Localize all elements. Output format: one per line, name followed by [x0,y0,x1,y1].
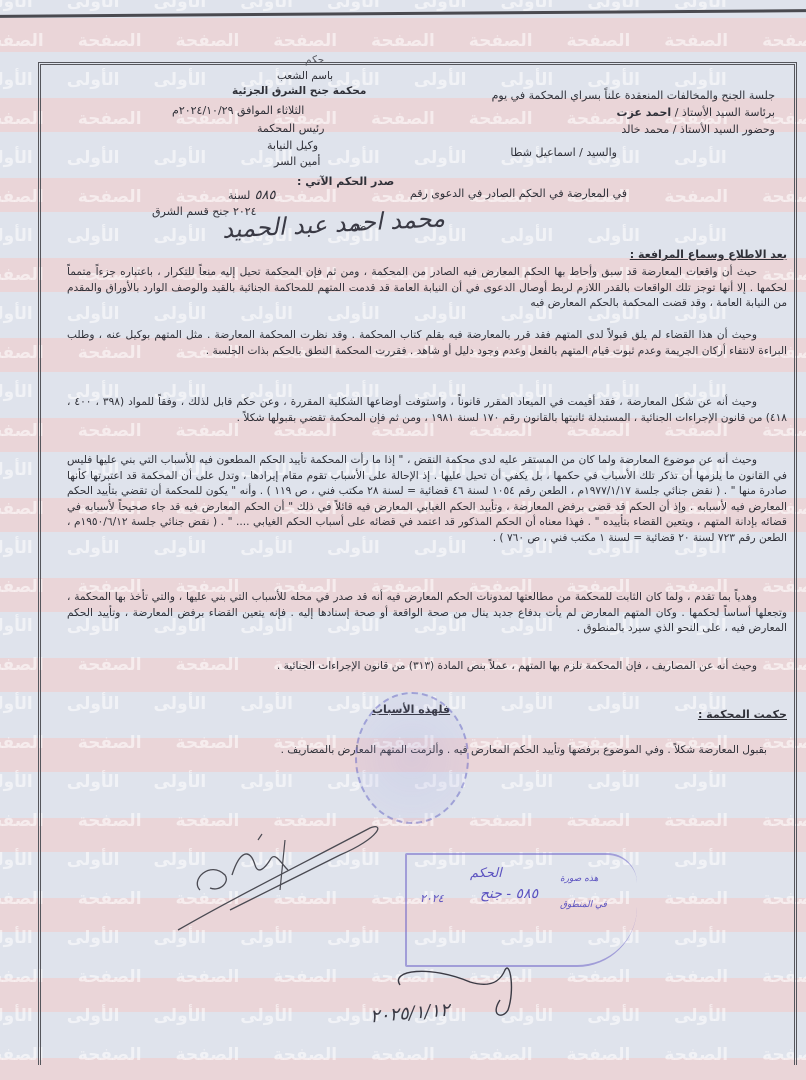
clerk-line: والسيد / اسماعيل شطا [510,146,617,159]
year-label: لسنة [228,189,250,202]
stamp-side-text-1: هذه صورة [560,874,598,884]
stamp-label: الحكم [470,866,502,881]
clerk-signature [390,960,550,1040]
paragraph-facts: حيث أن واقعات المعارضة قد سبق وأحاط بها … [67,265,787,312]
stamp-case-ref: ٥٨٥ - جنح [480,886,538,902]
judge-signature [170,820,410,940]
stamp-year: ٢٠٢٤ [420,892,444,905]
verdict-top-word: حكم [305,54,324,66]
judge-prefix: برئاسة السيد الأستاذ / [675,106,775,119]
session-date-group: الثلاثاء الموافق ٢٠٢٤/١٠/٢٩م [172,104,304,117]
stamp-side-text-2: في المنطوق [560,900,607,910]
ruling-heading: حكمت المحكمة : [698,708,787,721]
clerk-name: اسماعيل شطا [510,146,575,159]
clerk-role: أمين السر [274,155,320,168]
case-number-group: ٥٨٥ لسنة [228,188,275,203]
paragraph-form: وحيث أنه عن شكل المعارضة ، فقد أقيمت في … [67,395,787,426]
case-type: جنح قسم الشرق [152,205,229,218]
clerk-prefix: والسيد / [579,146,617,159]
session-line: جلسة الجنح والمخالفات المنعقدة علناً بسر… [492,89,775,102]
prosecutor-role: وكيل النيابة [267,139,318,152]
prosecutor-name: محمد خالد [621,123,669,136]
paragraph-merits: وحيث أنه عن موضوع المعارضة ولما كان من ا… [67,453,787,547]
judge-name: احمد عزت [617,106,672,119]
basmala: باسم الشعب [277,70,333,82]
paragraph-conclusion: وهدياً بما تقدم ، ولما كان الثابت للمحكم… [67,590,787,637]
session-date: ٢٠٢٤/١٠/٢٩م [172,104,234,117]
corresponding-label: الموافق [237,104,273,117]
paragraph-opposition-filed: وحيث أن هذا القضاء لم يلق قبولاً لدى الم… [67,328,787,359]
session-day: الثلاثاء [276,104,304,117]
opposition-line: في المعارضة في الحكم الصادر في الدعوى رق… [410,187,627,200]
judge-role: رئيس المحكمة [257,122,324,135]
paragraph-expenses: وحيث أنه عن المصاريف ، فإن المحكمة تلزم … [67,655,787,677]
after-review-heading: بعد الاطلاع وسماع المرافعة : [630,248,787,261]
verdict-issued: صدر الحكم الآتي : [297,175,394,188]
case-stamp [405,853,637,967]
court-name: محكمة جنح الشرق الجزئية [232,85,366,97]
case-number: ٥٨٥ [255,188,276,203]
court-seal-stamp [355,692,469,824]
prosecutor-prefix: وحضور السيد الأستاذ / [673,123,775,136]
judge-line: برئاسة السيد الأستاذ / احمد عزت [617,106,775,119]
prosecutor-line: وحضور السيد الأستاذ / محمد خالد [621,123,775,136]
